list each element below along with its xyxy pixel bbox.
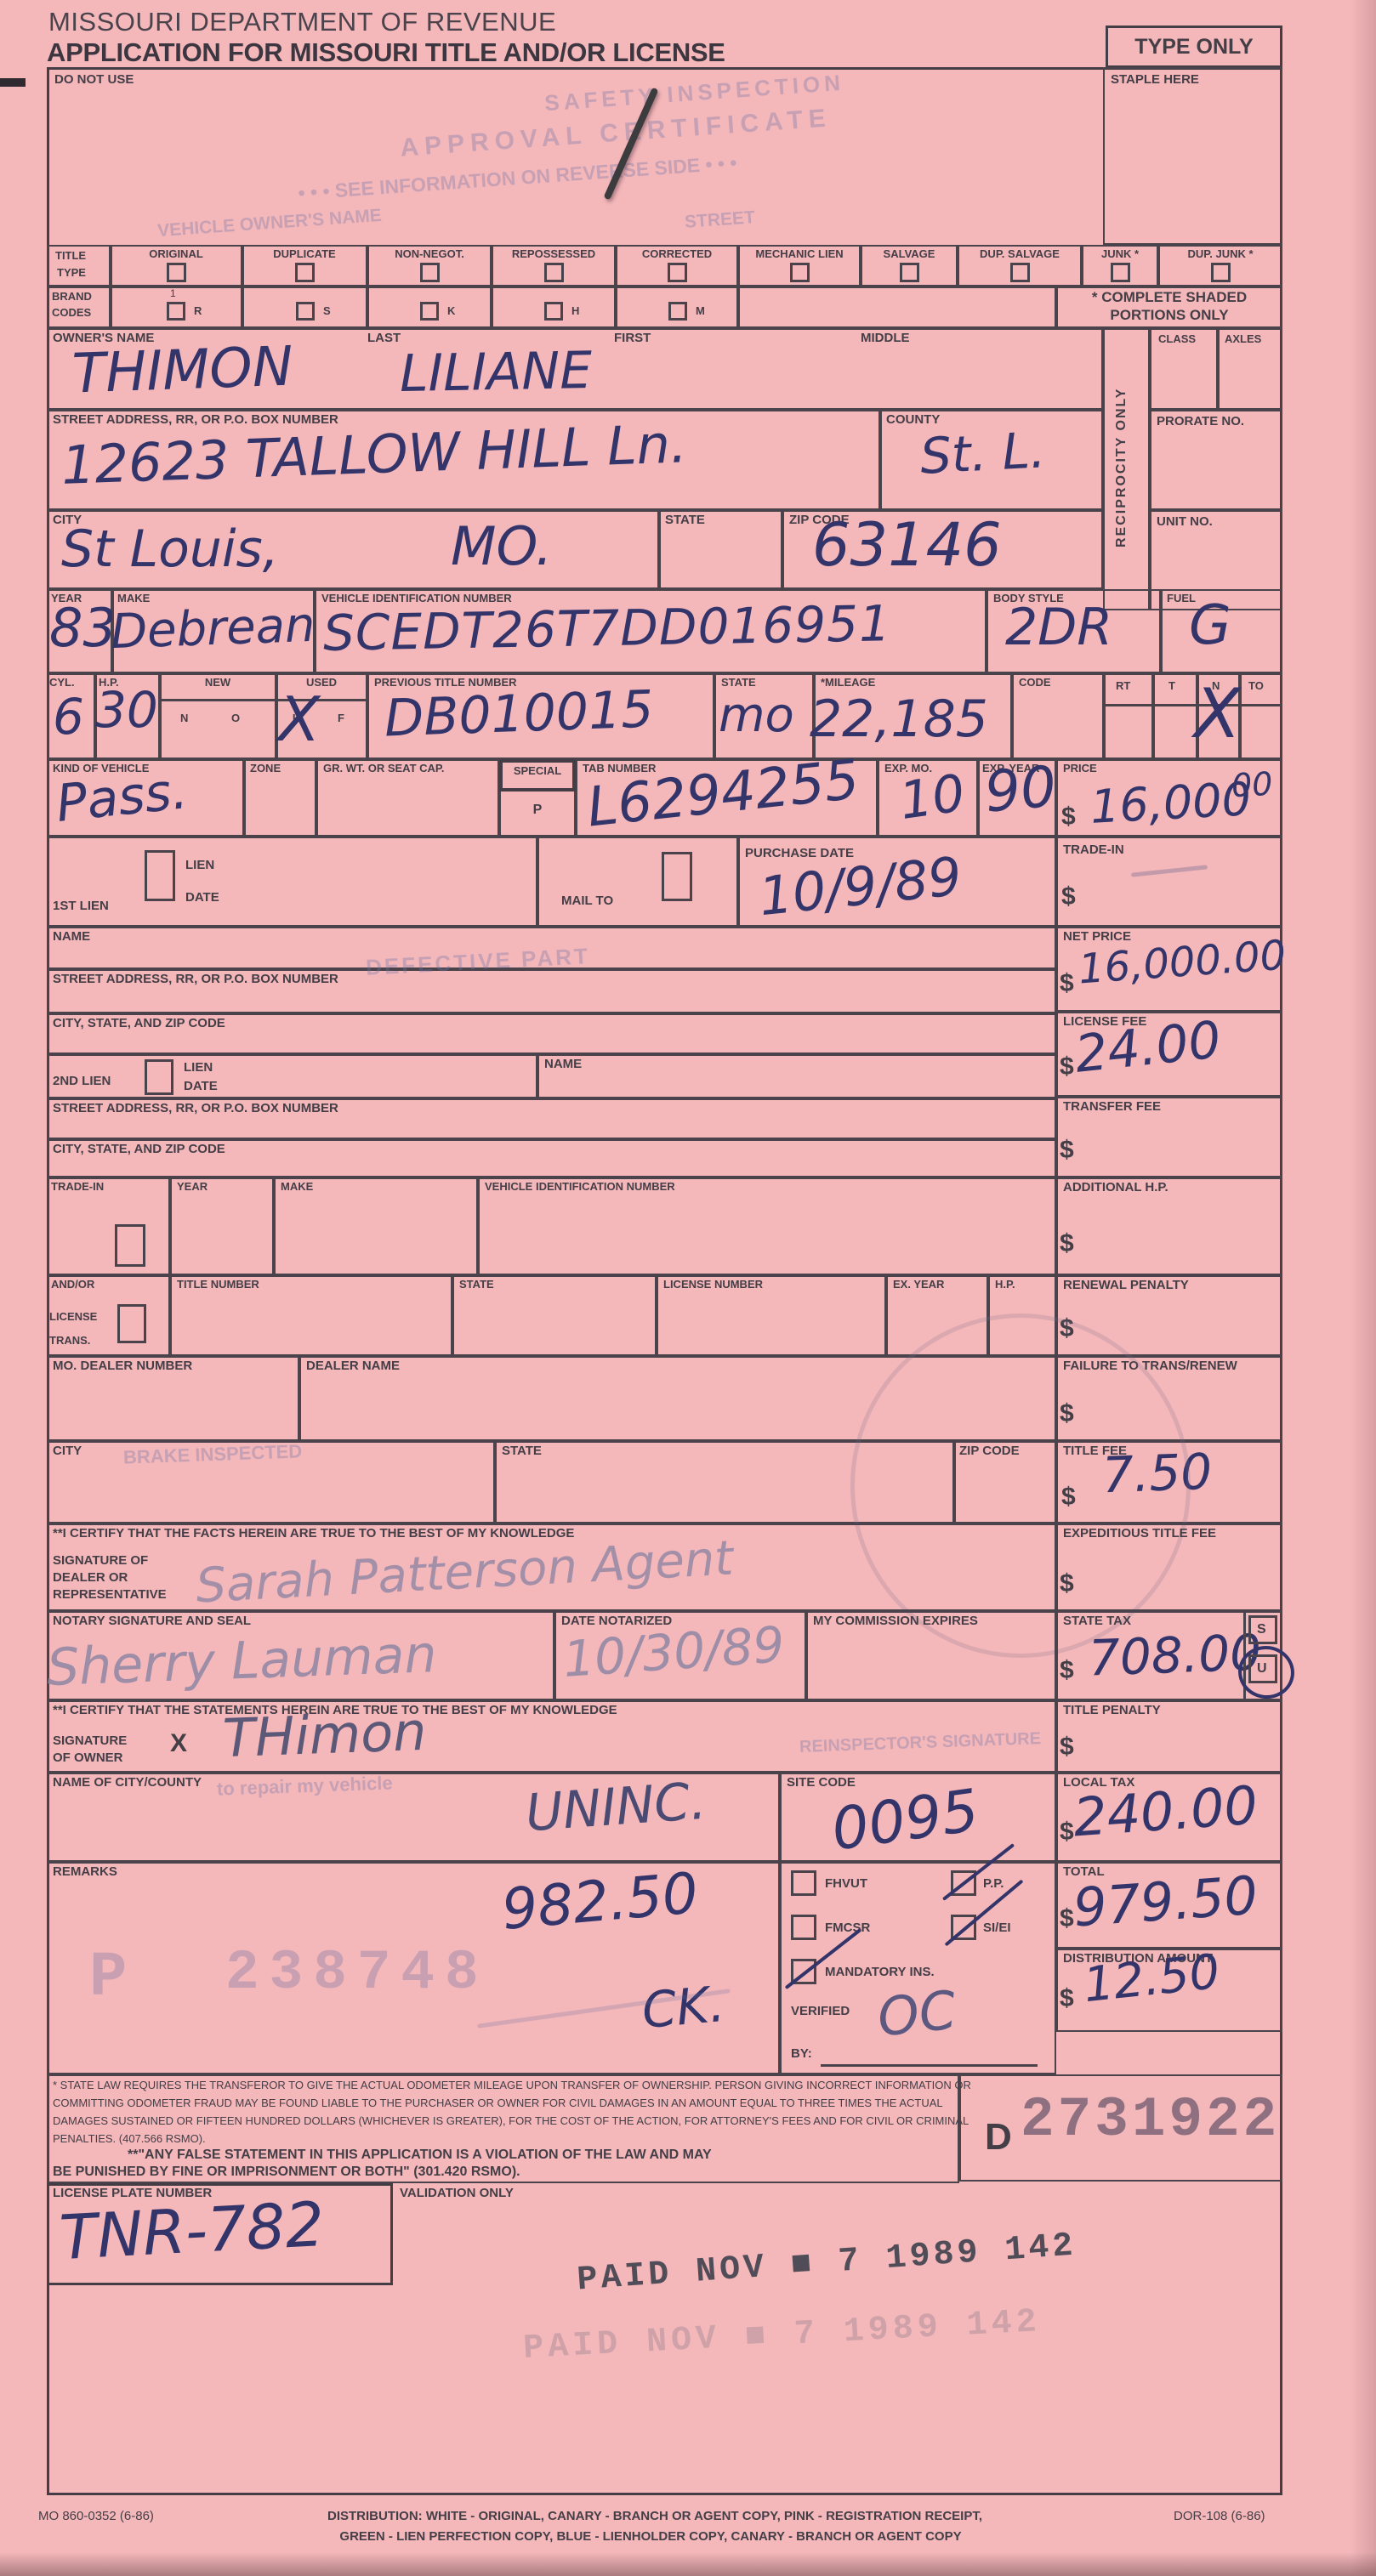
site-code-label: SITE CODE bbox=[787, 1776, 856, 1790]
fee-state-tax-dollar: $ bbox=[1060, 1658, 1074, 1683]
fee-renewal-label: RENEWAL PENALTY bbox=[1063, 1279, 1189, 1293]
dealer-state-label: STATE bbox=[502, 1444, 542, 1459]
title-type-dupjunk-label: DUP. JUNK * bbox=[1187, 248, 1253, 260]
junk-checkbox[interactable] bbox=[1111, 263, 1130, 282]
trans-label: TRANS. bbox=[49, 1335, 90, 1347]
mail-to-label: MAIL TO bbox=[561, 894, 613, 909]
certify-facts-text: **I CERTIFY THAT THE FACTS HEREIN ARE TR… bbox=[53, 1527, 574, 1541]
footer-form-number-right: DOR-108 (6-86) bbox=[1174, 2510, 1265, 2524]
trade-make-label: MAKE bbox=[281, 1181, 313, 1193]
scanned-form-page: MISSOURI DEPARTMENT OF REVENUE APPLICATI… bbox=[0, 0, 1376, 2576]
prev-state-value: mo bbox=[719, 692, 794, 740]
brand-k-checkbox[interactable] bbox=[420, 302, 439, 321]
rt-header-line bbox=[1104, 704, 1282, 706]
fee-local-tax-dollar: $ bbox=[1060, 1819, 1074, 1845]
ghost-control-prefix: P bbox=[89, 1947, 127, 2010]
trade-hp-label: H.P. bbox=[995, 1279, 1015, 1291]
owner-last-value: THIMON bbox=[71, 339, 294, 401]
dealer-name-label: DEALER NAME bbox=[306, 1359, 400, 1374]
title-type-original-label: ORIGINAL bbox=[149, 248, 203, 260]
sig-owner-label-2: OF OWNER bbox=[53, 1751, 123, 1766]
reciprocity-label: RECIPROCITY ONLY bbox=[1114, 340, 1129, 595]
new-label: NEW bbox=[205, 677, 230, 689]
year-value: 83 bbox=[49, 602, 117, 655]
body-style-value: 2DR bbox=[1005, 602, 1112, 653]
title-type-mechanic-label: MECHANIC LIEN bbox=[755, 248, 843, 260]
siei-label: SI/EI bbox=[983, 1921, 1011, 1936]
ghost-street-text: STREET bbox=[684, 208, 755, 231]
do-not-use-label: DO NOT USE bbox=[54, 73, 134, 88]
price-dollar: $ bbox=[1061, 804, 1076, 830]
to-label: TO bbox=[1248, 680, 1264, 692]
ghost-control-number: 238748 bbox=[225, 1945, 489, 2001]
trade-label: TRADE-IN bbox=[51, 1181, 104, 1193]
first-lien-label: 1ST LIEN bbox=[53, 899, 109, 914]
commission-label: MY COMMISSION EXPIRES bbox=[813, 1614, 978, 1629]
footer-form-number-left: MO 860-0352 (6-86) bbox=[38, 2510, 154, 2524]
new-n-label: N bbox=[180, 712, 188, 724]
fhvut-checkbox[interactable] bbox=[791, 1870, 816, 1896]
unit-label: UNIT NO. bbox=[1157, 515, 1213, 530]
lien1-street-label: STREET ADDRESS, RR, OR P.O. BOX NUMBER bbox=[53, 973, 338, 987]
type-only-label: TYPE ONLY bbox=[1134, 36, 1253, 60]
brand-m-checkbox[interactable] bbox=[668, 302, 687, 321]
fee-state-tax-label: STATE TAX bbox=[1063, 1614, 1131, 1629]
fee-expeditious-dollar: $ bbox=[1060, 1571, 1074, 1597]
dup-salvage-checkbox[interactable] bbox=[1010, 263, 1030, 282]
hp-value: 30 bbox=[95, 685, 158, 735]
fee-state-tax-value: 708.00 bbox=[1088, 1627, 1262, 1682]
grwt-label: GR. WT. OR SEAT CAP. bbox=[323, 763, 445, 775]
remarks-amount: 982.50 bbox=[500, 1865, 701, 1938]
brand-m-label: M bbox=[696, 305, 705, 317]
duplicate-checkbox[interactable] bbox=[295, 263, 315, 282]
legal-bold-2: BE PUNISHED BY FINE OR IMPRISONMENT OR B… bbox=[53, 2165, 520, 2180]
fee-title-penalty-dollar: $ bbox=[1060, 1734, 1074, 1760]
trade-year-label: YEAR bbox=[177, 1181, 208, 1193]
title-type-label-2: TYPE bbox=[57, 267, 86, 279]
brand-r-label: R bbox=[194, 305, 202, 317]
zip-value: 63146 bbox=[812, 515, 1002, 575]
sig-dealer-label-3: REPRESENTATIVE bbox=[53, 1588, 167, 1603]
street-address-label: STREET ADDRESS, RR, OR P.O. BOX NUMBER bbox=[53, 413, 338, 428]
brand-blank-cell bbox=[738, 287, 1056, 328]
title-type-salvage-label: SALVAGE bbox=[884, 248, 935, 260]
fee-trade-in-dollar: $ bbox=[1061, 884, 1076, 910]
fee-total-dollar: $ bbox=[1060, 1906, 1074, 1932]
fee-additional-hp-label: ADDITIONAL H.P. bbox=[1063, 1181, 1168, 1195]
repossessed-checkbox[interactable] bbox=[544, 263, 564, 282]
verified-label: VERIFIED bbox=[791, 2005, 850, 2019]
legal-line-2: COMMITTING ODOMETER FRAUD MAY BE FOUND L… bbox=[53, 2097, 943, 2109]
t-label: T bbox=[1168, 680, 1175, 692]
title-type-nonnegot-label: NON-NEGOT. bbox=[395, 248, 464, 260]
code-label: CODE bbox=[1019, 677, 1051, 689]
fee-distribution-value: 12.50 bbox=[1082, 1949, 1222, 2010]
brand-codes-label-2: CODES bbox=[52, 307, 91, 319]
fee-net-price-dollar: $ bbox=[1060, 971, 1074, 996]
title-type-label-1: TITLE bbox=[55, 250, 86, 262]
owner-middle-label: MIDDLE bbox=[861, 332, 910, 346]
price-value: 16,000 bbox=[1089, 776, 1253, 831]
lien2-name-cell bbox=[537, 1054, 1056, 1098]
city-county-value: UNINC. bbox=[524, 1776, 708, 1840]
axles-label: AXLES bbox=[1225, 333, 1261, 345]
first-lien-cell bbox=[47, 837, 537, 927]
trade-checkbox[interactable] bbox=[115, 1224, 145, 1267]
fmcsr-label: FMCSR bbox=[825, 1921, 870, 1936]
serial-number: 2731922 bbox=[1021, 2088, 1280, 2152]
notary-label: NOTARY SIGNATURE AND SEAL bbox=[53, 1614, 251, 1629]
prorate-label: PRORATE NO. bbox=[1157, 415, 1244, 429]
by-underline bbox=[821, 2064, 1038, 2067]
fee-license-fee-value: 24.00 bbox=[1072, 1014, 1223, 1081]
class-label: CLASS bbox=[1158, 333, 1196, 345]
lien1-city-label: CITY, STATE, AND ZIP CODE bbox=[53, 1017, 225, 1031]
fee-license-fee-dollar: $ bbox=[1060, 1054, 1074, 1080]
mileage-label: *MILEAGE bbox=[821, 677, 875, 689]
mileage-value: 22,185 bbox=[810, 694, 988, 745]
new-underline bbox=[160, 699, 276, 701]
fee-local-tax-value: 240.00 bbox=[1072, 1779, 1259, 1845]
special-p-label: P bbox=[533, 803, 543, 818]
second-lien-lien-label: LIEN bbox=[184, 1061, 213, 1075]
lien2-street-label: STREET ADDRESS, RR, OR P.O. BOX NUMBER bbox=[53, 1102, 338, 1116]
fee-expeditious-label: EXPEDITIOUS TITLE FEE bbox=[1063, 1527, 1216, 1541]
fee-transfer-label: TRANSFER FEE bbox=[1063, 1100, 1161, 1115]
brand-codes-label-1: BRAND bbox=[52, 291, 92, 303]
fhvut-label: FHVUT bbox=[825, 1877, 867, 1892]
owner-signature: THimon bbox=[222, 1705, 427, 1765]
mechanic-lien-checkbox[interactable] bbox=[790, 263, 810, 282]
sig-dealer-label-1: SIGNATURE OF bbox=[53, 1554, 148, 1569]
legal-line-4: PENALTIES. (407.566 RSMO). bbox=[53, 2133, 206, 2145]
county-label: COUNTY bbox=[886, 413, 940, 428]
dealer-number-label: MO. DEALER NUMBER bbox=[53, 1359, 192, 1374]
second-lien-checkbox[interactable] bbox=[145, 1059, 173, 1095]
legal-bold-1: **"ANY FALSE STATEMENT IN THIS APPLICATI… bbox=[128, 2148, 712, 2163]
brand-s-checkbox[interactable] bbox=[296, 302, 315, 321]
kind-value: Pass. bbox=[54, 765, 190, 830]
trade-vin-label: VEHICLE IDENTIFICATION NUMBER bbox=[485, 1181, 675, 1193]
state-value: MO. bbox=[451, 520, 553, 573]
first-lien-checkbox[interactable] bbox=[145, 850, 175, 901]
brand-h-label: H bbox=[571, 305, 579, 317]
new-o-label: O bbox=[231, 712, 240, 724]
pp-label: P.P. bbox=[983, 1877, 1004, 1892]
scan-right-shadow bbox=[1350, 0, 1376, 2576]
lien2-city-label: CITY, STATE, AND ZIP CODE bbox=[53, 1143, 225, 1157]
second-lien-date-label: DATE bbox=[184, 1080, 218, 1094]
title-type-dupsalvage-label: DUP. SALVAGE bbox=[980, 248, 1060, 260]
exp-mo-value: 10 bbox=[896, 768, 968, 827]
lien2-name-label: NAME bbox=[544, 1058, 582, 1072]
owner-x-mark: X bbox=[170, 1729, 187, 1757]
title-type-duplicate-label: DUPLICATE bbox=[273, 248, 335, 260]
nonnegot-checkbox[interactable] bbox=[420, 263, 440, 282]
scan-bottom-shadow bbox=[0, 2552, 1376, 2576]
cyl-value: 6 bbox=[53, 692, 84, 741]
t-cell bbox=[1153, 673, 1197, 759]
make-value: Debrean bbox=[110, 602, 316, 656]
staple-here-box bbox=[1103, 67, 1282, 245]
exp-yr-value: 90 bbox=[982, 758, 1058, 820]
county-value: St. L. bbox=[919, 425, 1047, 481]
state-tax-s-label: S bbox=[1257, 1622, 1266, 1637]
brand-r-checkbox[interactable] bbox=[167, 302, 185, 321]
shaded-note-1: * COMPLETE SHADED bbox=[1092, 290, 1247, 306]
license-trans-checkbox[interactable] bbox=[117, 1304, 146, 1343]
mandatory-ins-label: MANDATORY INS. bbox=[825, 1966, 935, 1980]
title-type-junk-label: JUNK * bbox=[1101, 248, 1139, 260]
fmcsr-checkbox[interactable] bbox=[791, 1915, 816, 1940]
special-label: SPECIAL bbox=[514, 765, 561, 777]
used-x-mark: X bbox=[278, 689, 320, 750]
fee-transfer-dollar: $ bbox=[1060, 1138, 1074, 1163]
zone-label: ZONE bbox=[250, 763, 281, 775]
brand-h-checkbox[interactable] bbox=[544, 302, 563, 321]
state-label: STATE bbox=[665, 513, 705, 528]
remarks-ck: CK. bbox=[640, 1979, 727, 2035]
original-checkbox[interactable] bbox=[167, 263, 186, 282]
trade-state-label: STATE bbox=[459, 1279, 494, 1291]
first-lien-lien-label: LIEN bbox=[185, 859, 214, 873]
title-type-repossessed-label: REPOSSESSED bbox=[512, 248, 595, 260]
rt-label: RT bbox=[1116, 680, 1130, 692]
vin-value: SCEDT26T7DD016951 bbox=[323, 599, 892, 658]
mail-to-cell bbox=[537, 837, 738, 927]
second-lien-cell bbox=[47, 1054, 537, 1098]
shaded-note-2: PORTIONS ONLY bbox=[1110, 308, 1228, 324]
notary-signature: Sherry Lauman bbox=[46, 1629, 437, 1694]
price-label: PRICE bbox=[1063, 763, 1097, 775]
lien1-name-label: NAME bbox=[53, 930, 90, 945]
serial-d-prefix: D bbox=[985, 2117, 1012, 2158]
salvage-checkbox[interactable] bbox=[900, 263, 919, 282]
dealer-city-cell bbox=[47, 1441, 495, 1523]
first-lien-date-label: DATE bbox=[185, 891, 219, 905]
owner-last-label: LAST bbox=[367, 332, 401, 346]
owner-first-label: FIRST bbox=[614, 332, 651, 346]
footer-distribution-line-1: DISTRIBUTION: WHITE - ORIGINAL, CANARY -… bbox=[327, 2510, 982, 2524]
by-label: BY: bbox=[791, 2047, 812, 2062]
fee-distribution-dollar: $ bbox=[1060, 1986, 1074, 2011]
fee-additional-hp-dollar: $ bbox=[1060, 1231, 1074, 1257]
fee-trade-in-label: TRADE-IN bbox=[1063, 843, 1124, 858]
sig-dealer-label-2: DEALER OR bbox=[53, 1571, 128, 1586]
brand-k-label: K bbox=[447, 305, 455, 317]
form-title: APPLICATION FOR MISSOURI TITLE AND/OR LI… bbox=[47, 37, 725, 68]
brand-prefix: 1 bbox=[170, 288, 176, 299]
owner-first-value: LILIANE bbox=[399, 345, 592, 400]
andor-label: AND/OR bbox=[51, 1279, 94, 1291]
used-f-label: F bbox=[338, 712, 344, 724]
city-county-label: NAME OF CITY/COUNTY bbox=[53, 1776, 202, 1790]
license-plate-value: TNR-782 bbox=[58, 2193, 326, 2268]
fee-title-penalty-label: TITLE PENALTY bbox=[1063, 1704, 1161, 1718]
price-cents: 00 bbox=[1231, 768, 1273, 802]
verified-value: OC bbox=[875, 1983, 958, 2044]
corrected-checkbox[interactable] bbox=[668, 263, 687, 282]
fee-total-value: 979.50 bbox=[1072, 1870, 1259, 1935]
trade-title-number-label: TITLE NUMBER bbox=[177, 1279, 259, 1291]
dealer-city-label: CITY bbox=[53, 1444, 82, 1459]
page-edge-mark bbox=[0, 78, 26, 87]
n-x-mark: X bbox=[1194, 680, 1241, 748]
agency-name: MISSOURI DEPARTMENT OF REVENUE bbox=[48, 7, 556, 37]
remarks-label: REMARKS bbox=[53, 1865, 117, 1880]
fuel-value: G bbox=[1189, 599, 1231, 653]
dup-junk-checkbox[interactable] bbox=[1211, 263, 1231, 282]
mail-to-checkbox[interactable] bbox=[662, 852, 692, 901]
legal-line-3: DAMAGES SUSTAINED OR FIFTEEN HUNDRED DOL… bbox=[53, 2115, 969, 2127]
prev-title-value: DB010015 bbox=[384, 684, 654, 744]
license-label: LICENSE bbox=[49, 1311, 97, 1323]
date-notarized-value: 10/30/89 bbox=[561, 1620, 786, 1684]
validation-only-label: VALIDATION ONLY bbox=[400, 2187, 514, 2201]
trade-ex-year-label: EX. YEAR bbox=[893, 1279, 944, 1291]
staple-here-label: STAPLE HERE bbox=[1111, 73, 1199, 88]
title-type-corrected-label: CORRECTED bbox=[642, 248, 712, 260]
second-lien-label: 2ND LIEN bbox=[53, 1075, 111, 1089]
sig-owner-label-1: SIGNATURE bbox=[53, 1734, 127, 1749]
legal-line-1: * STATE LAW REQUIRES THE TRANSFEROR TO G… bbox=[53, 2080, 971, 2091]
brand-s-label: S bbox=[323, 305, 331, 317]
city-value: St Louis, bbox=[61, 524, 279, 575]
trade-license-number-label: LICENSE NUMBER bbox=[663, 1279, 763, 1291]
footer-distribution-line-2: GREEN - LIEN PERFECTION COPY, BLUE - LIE… bbox=[339, 2530, 961, 2545]
